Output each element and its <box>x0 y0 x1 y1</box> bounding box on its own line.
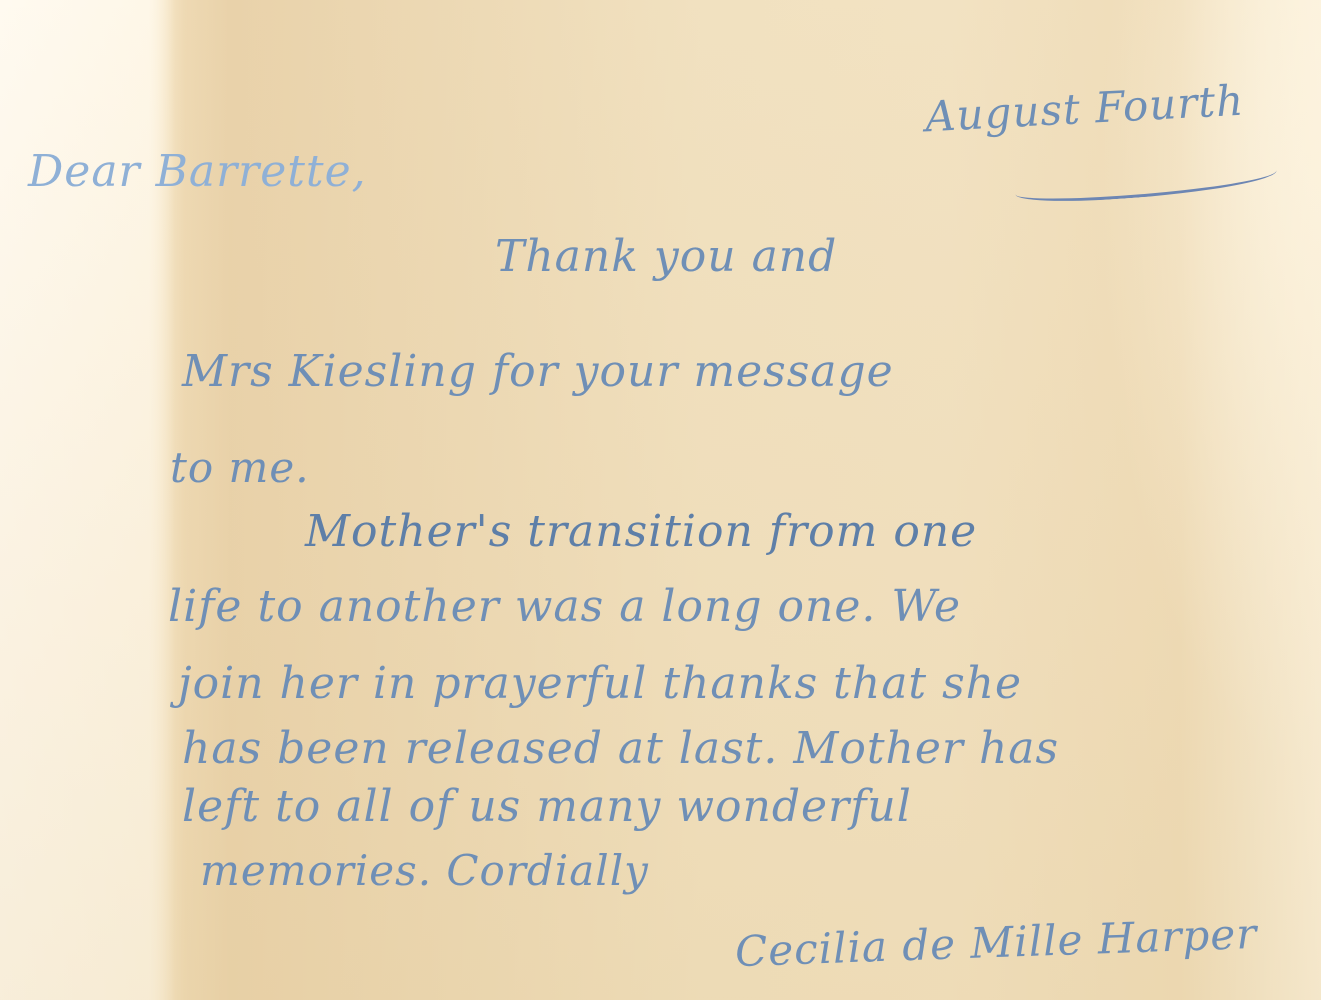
date-underline <box>1014 159 1277 206</box>
letter-body-line: Mother's transition from one <box>305 510 977 554</box>
letter-date: August Fourth <box>924 80 1245 139</box>
letter-body-line: life to another was a long one. We <box>168 585 961 629</box>
letter-body-line: Mrs Kiesling for your message <box>182 350 894 394</box>
letter-page: August Fourth Dear Barrette, Thank you a… <box>0 0 1321 1000</box>
letter-body-line: Thank you and <box>495 235 837 279</box>
letter-signature: Cecilia de Mille Harper <box>734 913 1258 973</box>
letter-body-line: memories. Cordially <box>200 850 649 892</box>
letter-body-line: to me. <box>170 447 310 489</box>
letter-salutation: Dear Barrette, <box>28 150 367 194</box>
letter-body-line: has been released at last. Mother has <box>182 727 1059 771</box>
letter-body-line: join her in prayerful thanks that she <box>178 662 1022 706</box>
letter-body-line: left to all of us many wonderful <box>182 785 912 829</box>
